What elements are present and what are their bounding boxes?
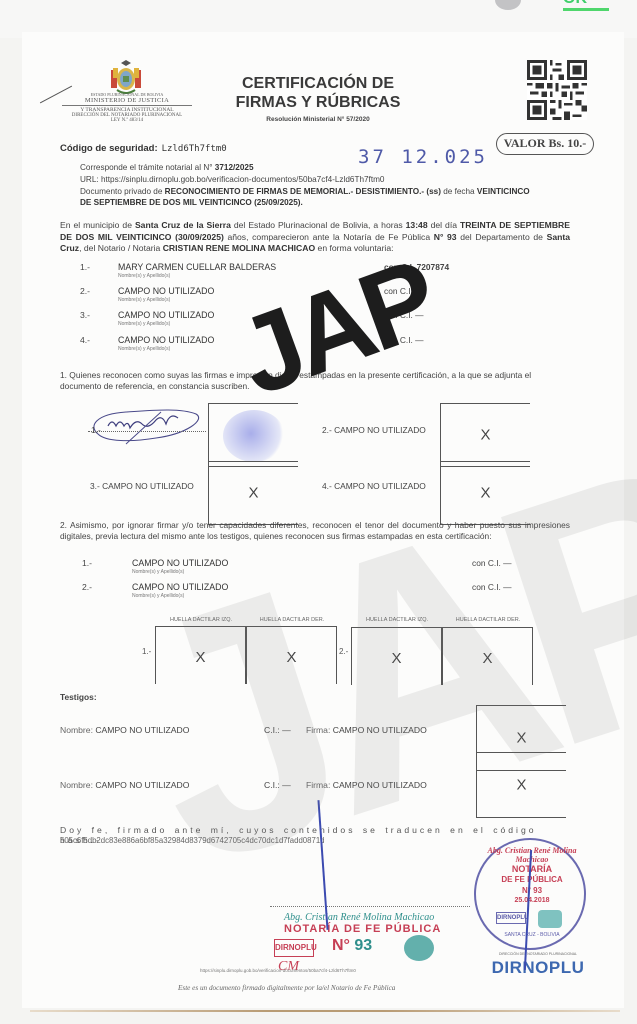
ok-underline (563, 8, 609, 11)
security-code-value: Lzld6Th7ftm0 (162, 144, 227, 154)
handwritten-signature (86, 404, 206, 452)
emblem-icon (404, 935, 434, 961)
document-title: CERTIFICACIÓN DE FIRMAS Y RÚBRICAS (226, 74, 410, 112)
resolution-text: Resolución Ministerial N° 57/2020 (226, 116, 410, 123)
footer-note: Este es un documento firmado digitalment… (178, 984, 395, 992)
verification-url[interactable]: https://sinplu.dirnoplu.gob.bo/verificac… (101, 175, 385, 184)
security-code: Código de seguridad:Lzld6Th7ftm0 (60, 143, 227, 154)
ministry-header: ESTADO PLURINACIONAL DE BOLIVIA MINISTER… (52, 92, 202, 123)
avatar-circle[interactable] (495, 0, 521, 10)
witnesses-title: Testigos: (60, 692, 97, 702)
appearance-paragraph: En el municipio de Santa Cruz de la Sier… (60, 220, 570, 255)
tramite-info: Corresponde el trámite notarial al N° 37… (80, 162, 540, 209)
fingerprint-mark (223, 410, 285, 462)
valor-badge: VALOR Bs. 10.- (496, 133, 594, 155)
qr-code-icon[interactable] (527, 60, 587, 120)
dirnoplu-logo: DIRNOPLU (488, 958, 588, 978)
page-edge (30, 1010, 620, 1012)
notary-stamp: Abg. Cristian René Molina Machicao NOTAR… (270, 906, 470, 972)
emblem-icon (538, 910, 562, 928)
verification-url-footer[interactable]: https://sinplu.dirnoplu.gob.bo/verificac… (200, 968, 356, 973)
ok-button[interactable]: OK (563, 0, 609, 8)
signature-line (88, 431, 206, 432)
